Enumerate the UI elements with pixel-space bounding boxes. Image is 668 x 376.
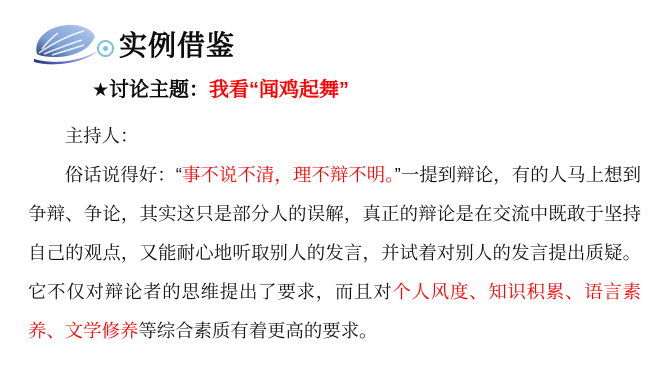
slide-title: 实例借鉴 [119,31,235,62]
paragraph-segment: 等综合素质有着更高的要求。 [138,320,377,341]
presentation-slide: 实例借鉴 ★讨论主题：我看“闻鸡起舞” 主持人： 俗话说得好：“事不说不清，理不… [0,0,668,376]
paragraph-segment: 俗话说得好：“ [65,164,182,185]
topic-text: 我看“闻鸡起舞” [209,79,349,101]
paragraph-highlight: 事不说不清，理不辩不明。 [182,164,395,185]
discussion-topic-line: ★讨论主题：我看“闻鸡起舞” [92,73,349,102]
double-circle-bullet-icon [97,40,114,57]
star-icon: ★ [92,80,109,101]
leaf-swoosh-logo-icon [32,23,100,67]
topic-label: 讨论主题： [109,79,209,101]
title-row: 实例借鉴 [97,31,235,62]
body-text: 主持人： 俗话说得好：“事不说不清，理不辩不明。”一提到辩论，有的人马上想到争辩… [28,116,641,350]
host-line: 主持人： [28,116,641,155]
main-paragraph: 俗话说得好：“事不说不清，理不辩不明。”一提到辩论，有的人马上想到争辩、争论，其… [28,155,641,350]
